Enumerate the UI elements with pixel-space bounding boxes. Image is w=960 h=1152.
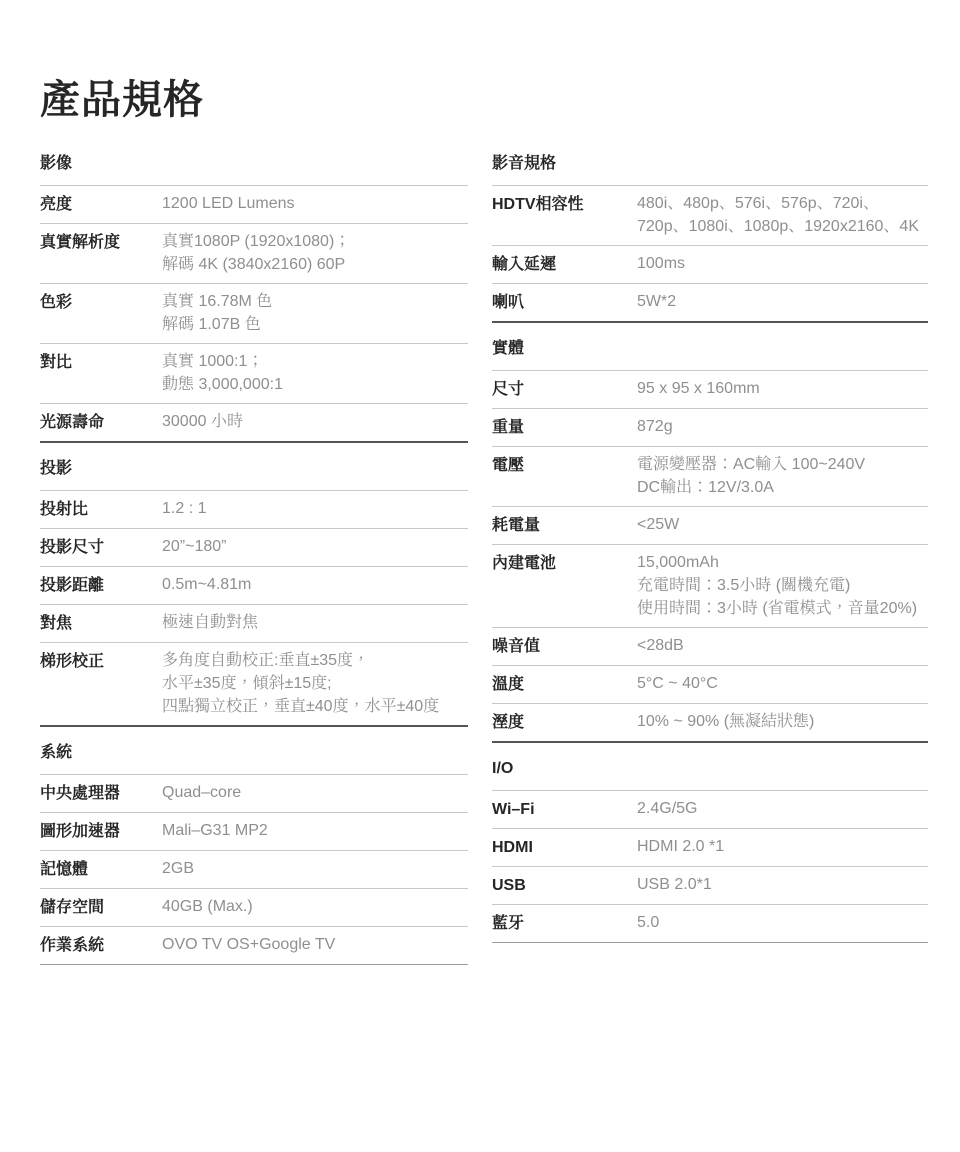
spec-value-line: 10% ~ 90% (無凝結狀態)	[637, 712, 928, 732]
spec-row-value: 多角度自動校正:垂直±35度，水平±35度，傾斜±15度;四點獨立校正，垂直±4…	[162, 651, 468, 717]
spec-row: 投影距離0.5m~4.81m	[40, 567, 468, 605]
spec-value-line: 2GB	[162, 859, 468, 879]
spec-row-value: <28dB	[637, 636, 928, 656]
spec-row-label: 耗電量	[492, 515, 637, 536]
spec-row-value: Mali–G31 MP2	[162, 821, 468, 841]
spec-row: 對比真實 1000:1；動態 3,000,000:1	[40, 344, 468, 404]
spec-value-line: 多角度自動校正:垂直±35度，	[162, 651, 468, 671]
spec-row: 噪音值<28dB	[492, 628, 928, 666]
spec-section: 系統中央處理器Quad–core圖形加速器Mali–G31 MP2記憶體2GB儲…	[40, 727, 468, 965]
section-title: 影像	[40, 138, 468, 186]
spec-row-value: OVO TV OS+Google TV	[162, 935, 468, 955]
section-title: I/O	[492, 743, 928, 791]
spec-value-line: 95 x 95 x 160mm	[637, 379, 928, 399]
spec-row: 溫度5°C ~ 40°C	[492, 666, 928, 704]
spec-row: 內建電池15,000mAh充電時間：3.5小時 (關機充電)使用時間：3小時 (…	[492, 545, 928, 628]
spec-row-label: HDTV相容性	[492, 194, 637, 215]
spec-row-value: <25W	[637, 515, 928, 535]
spec-row-label: 輸入延遲	[492, 254, 637, 275]
spec-row: 中央處理器Quad–core	[40, 775, 468, 813]
spec-row-value: 電源變壓器：AC輸入 100~240VDC輸出：12V/3.0A	[637, 455, 928, 498]
spec-row-label: Wi–Fi	[492, 799, 637, 820]
spec-row-label: 中央處理器	[40, 783, 162, 804]
spec-value-line: 真實 1000:1；	[162, 352, 468, 372]
spec-row: 圖形加速器Mali–G31 MP2	[40, 813, 468, 851]
spec-row: Wi–Fi2.4G/5G	[492, 791, 928, 829]
spec-row: HDMIHDMI 2.0 *1	[492, 829, 928, 867]
spec-row-value: 872g	[637, 417, 928, 437]
spec-row: 重量872g	[492, 409, 928, 447]
spec-row: 尺寸95 x 95 x 160mm	[492, 371, 928, 409]
spec-row-label: HDMI	[492, 837, 637, 858]
spec-row-value: 20”~180”	[162, 537, 468, 557]
spec-section: I/OWi–Fi2.4G/5GHDMIHDMI 2.0 *1USBUSB 2.0…	[492, 743, 928, 943]
spec-row-label: 尺寸	[492, 379, 637, 400]
spec-row-label: 噪音值	[492, 636, 637, 657]
spec-value-line: 真實1080P (1920x1080)；	[162, 232, 468, 252]
spec-row: HDTV相容性480i、480p、576i、576p、720i、720p、108…	[492, 186, 928, 246]
spec-column-right: 影音規格HDTV相容性480i、480p、576i、576p、720i、720p…	[492, 138, 928, 943]
spec-value-line: OVO TV OS+Google TV	[162, 935, 468, 955]
spec-value-line: 40GB (Max.)	[162, 897, 468, 917]
spec-row-label: 電壓	[492, 455, 637, 476]
spec-row-label: USB	[492, 875, 637, 896]
spec-value-line: 解碼 4K (3840x2160) 60P	[162, 255, 468, 275]
spec-value-line: 極速自動對焦	[162, 613, 468, 633]
product-spec-page: 產品規格 影像亮度1200 LED Lumens真實解析度真實1080P (19…	[0, 0, 960, 1152]
spec-row-value: 真實 1000:1；動態 3,000,000:1	[162, 352, 468, 395]
spec-row: 色彩真實 16.78M 色解碼 1.07B 色	[40, 284, 468, 344]
spec-value-line: 四點獨立校正，垂直±40度，水平±40度	[162, 697, 468, 717]
spec-row-value: 5W*2	[637, 292, 928, 312]
spec-row-label: 投影尺寸	[40, 537, 162, 558]
section-title: 投影	[40, 443, 468, 491]
spec-value-line: <25W	[637, 515, 928, 535]
spec-value-line: 1200 LED Lumens	[162, 194, 468, 214]
spec-value-line: 1.2 : 1	[162, 499, 468, 519]
spec-row: 作業系統OVO TV OS+Google TV	[40, 927, 468, 965]
spec-row-label: 藍牙	[492, 913, 637, 934]
spec-value-line: 電源變壓器：AC輸入 100~240V	[637, 455, 928, 475]
spec-row: 記憶體2GB	[40, 851, 468, 889]
spec-value-line: 充電時間：3.5小時 (關機充電)	[637, 576, 928, 596]
spec-row-value: 100ms	[637, 254, 928, 274]
spec-row-label: 圖形加速器	[40, 821, 162, 842]
spec-value-line: 5.0	[637, 913, 928, 933]
spec-section: 投影投射比1.2 : 1投影尺寸20”~180”投影距離0.5m~4.81m對焦…	[40, 443, 468, 727]
spec-row-value: 480i、480p、576i、576p、720i、720p、1080i、1080…	[637, 194, 928, 237]
spec-row: 真實解析度真實1080P (1920x1080)；解碼 4K (3840x216…	[40, 224, 468, 284]
page-title: 產品規格	[40, 76, 928, 124]
spec-row-value: USB 2.0*1	[637, 875, 928, 895]
spec-value-line: Quad–core	[162, 783, 468, 803]
section-title: 影音規格	[492, 138, 928, 186]
spec-row-label: 色彩	[40, 292, 162, 313]
spec-value-line: 解碼 1.07B 色	[162, 315, 468, 335]
spec-row: 對焦極速自動對焦	[40, 605, 468, 643]
spec-row-value: 2GB	[162, 859, 468, 879]
spec-row-label: 梯形校正	[40, 651, 162, 672]
spec-columns: 影像亮度1200 LED Lumens真實解析度真實1080P (1920x10…	[40, 138, 928, 965]
spec-row-label: 溼度	[492, 712, 637, 733]
spec-row-label: 對比	[40, 352, 162, 373]
spec-row-value: 15,000mAh充電時間：3.5小時 (關機充電)使用時間：3小時 (省電模式…	[637, 553, 928, 619]
spec-row-value: Quad–core	[162, 783, 468, 803]
spec-column-left: 影像亮度1200 LED Lumens真實解析度真實1080P (1920x10…	[40, 138, 468, 965]
spec-row-label: 作業系統	[40, 935, 162, 956]
spec-value-line: 480i、480p、576i、576p、720i、	[637, 194, 928, 214]
spec-row-label: 重量	[492, 417, 637, 438]
spec-row-label: 投影距離	[40, 575, 162, 596]
spec-row: 投影尺寸20”~180”	[40, 529, 468, 567]
spec-value-line: 872g	[637, 417, 928, 437]
spec-row-value: 5.0	[637, 913, 928, 933]
spec-value-line: DC輸出：12V/3.0A	[637, 478, 928, 498]
spec-row: 耗電量<25W	[492, 507, 928, 545]
spec-row: 光源壽命30000 小時	[40, 404, 468, 443]
spec-row-label: 儲存空間	[40, 897, 162, 918]
spec-value-line: 720p、1080i、1080p、1920x2160、4K	[637, 217, 928, 237]
spec-row: 梯形校正多角度自動校正:垂直±35度，水平±35度，傾斜±15度;四點獨立校正，…	[40, 643, 468, 727]
spec-value-line: 0.5m~4.81m	[162, 575, 468, 595]
spec-row-value: 95 x 95 x 160mm	[637, 379, 928, 399]
spec-value-line: 2.4G/5G	[637, 799, 928, 819]
spec-row-label: 對焦	[40, 613, 162, 634]
spec-row-value: 真實1080P (1920x1080)；解碼 4K (3840x2160) 60…	[162, 232, 468, 275]
spec-value-line: 100ms	[637, 254, 928, 274]
spec-row: 投射比1.2 : 1	[40, 491, 468, 529]
spec-row: 喇叭5W*2	[492, 284, 928, 323]
spec-value-line: 30000 小時	[162, 412, 468, 432]
spec-row-label: 光源壽命	[40, 412, 162, 433]
spec-row-label: 記憶體	[40, 859, 162, 880]
spec-value-line: 使用時間：3小時 (省電模式，音量20%)	[637, 599, 928, 619]
spec-row: 溼度10% ~ 90% (無凝結狀態)	[492, 704, 928, 743]
spec-row-value: 1.2 : 1	[162, 499, 468, 519]
section-title: 實體	[492, 323, 928, 371]
spec-value-line: 動態 3,000,000:1	[162, 375, 468, 395]
spec-row: 藍牙5.0	[492, 905, 928, 943]
spec-value-line: 5W*2	[637, 292, 928, 312]
spec-row: 輸入延遲100ms	[492, 246, 928, 284]
spec-row: 亮度1200 LED Lumens	[40, 186, 468, 224]
section-title: 系統	[40, 727, 468, 775]
spec-row-value: 5°C ~ 40°C	[637, 674, 928, 694]
spec-section: 影像亮度1200 LED Lumens真實解析度真實1080P (1920x10…	[40, 138, 468, 443]
spec-row-label: 溫度	[492, 674, 637, 695]
spec-row-label: 投射比	[40, 499, 162, 520]
spec-row-label: 喇叭	[492, 292, 637, 313]
spec-row: 電壓電源變壓器：AC輸入 100~240VDC輸出：12V/3.0A	[492, 447, 928, 507]
spec-value-line: 5°C ~ 40°C	[637, 674, 928, 694]
spec-row-label: 真實解析度	[40, 232, 162, 253]
spec-row-value: 10% ~ 90% (無凝結狀態)	[637, 712, 928, 732]
spec-row-value: 0.5m~4.81m	[162, 575, 468, 595]
spec-row: USBUSB 2.0*1	[492, 867, 928, 905]
spec-row-value: 1200 LED Lumens	[162, 194, 468, 214]
spec-row-value: 2.4G/5G	[637, 799, 928, 819]
spec-value-line: <28dB	[637, 636, 928, 656]
spec-value-line: 15,000mAh	[637, 553, 928, 573]
spec-value-line: 20”~180”	[162, 537, 468, 557]
spec-value-line: 水平±35度，傾斜±15度;	[162, 674, 468, 694]
spec-row-label: 亮度	[40, 194, 162, 215]
spec-row-value: 40GB (Max.)	[162, 897, 468, 917]
spec-row-value: 真實 16.78M 色解碼 1.07B 色	[162, 292, 468, 335]
spec-row-value: HDMI 2.0 *1	[637, 837, 928, 857]
spec-value-line: HDMI 2.0 *1	[637, 837, 928, 857]
spec-section: 影音規格HDTV相容性480i、480p、576i、576p、720i、720p…	[492, 138, 928, 323]
spec-value-line: USB 2.0*1	[637, 875, 928, 895]
spec-value-line: 真實 16.78M 色	[162, 292, 468, 312]
spec-section: 實體尺寸95 x 95 x 160mm重量872g電壓電源變壓器：AC輸入 10…	[492, 323, 928, 743]
spec-row: 儲存空間40GB (Max.)	[40, 889, 468, 927]
spec-value-line: Mali–G31 MP2	[162, 821, 468, 841]
spec-row-label: 內建電池	[492, 553, 637, 574]
spec-row-value: 30000 小時	[162, 412, 468, 432]
spec-row-value: 極速自動對焦	[162, 613, 468, 633]
